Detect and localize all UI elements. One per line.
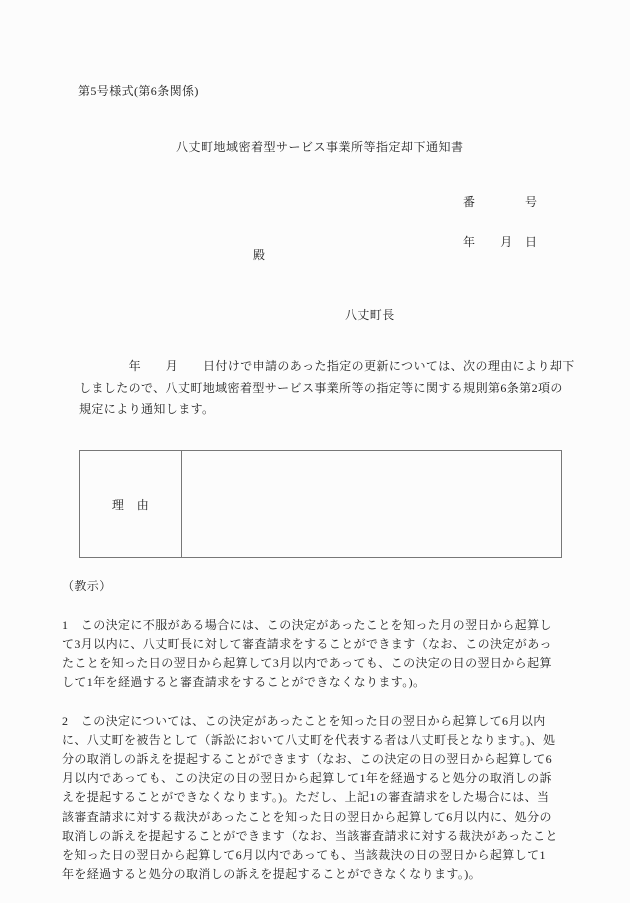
reference-number-line: 番 号	[463, 192, 537, 212]
document-page: 第5号様式(第6条関係) 八丈町地域密着型サービス事業所等指定却下通知書 番 号…	[0, 0, 630, 903]
reference-number-and-date-block: 番 号 年 月 日	[463, 172, 537, 272]
body-paragraph: 年 月 日付けで申請のあった指定の更新については、次の理由により却下 しましたの…	[79, 356, 619, 421]
reason-value-cell	[182, 451, 562, 558]
date-line: 年 月 日	[463, 232, 537, 252]
form-number: 第5号様式(第6条関係)	[78, 82, 199, 99]
reason-table: 理 由	[79, 450, 562, 558]
notes-section: （教示） 1 この決定に不服がある場合には、この決定があったことを知った月の翌日…	[62, 558, 610, 903]
reason-table-row: 理 由	[80, 451, 562, 558]
addressee-honorific: 殿	[253, 246, 265, 263]
document-title: 八丈町地域密着型サービス事業所等指定却下通知書	[176, 138, 464, 155]
note-item-2: 2 この決定については、この決定があったことを知った日の翌日から起算して6月以内…	[62, 712, 610, 885]
reason-label-cell: 理 由	[80, 451, 182, 558]
sender-title: 八丈町長	[345, 306, 395, 323]
notes-heading: （教示）	[62, 577, 610, 596]
note-item-1: 1 この決定に不服がある場合には、この決定があったことを知った月の翌日から起算し…	[62, 616, 610, 693]
